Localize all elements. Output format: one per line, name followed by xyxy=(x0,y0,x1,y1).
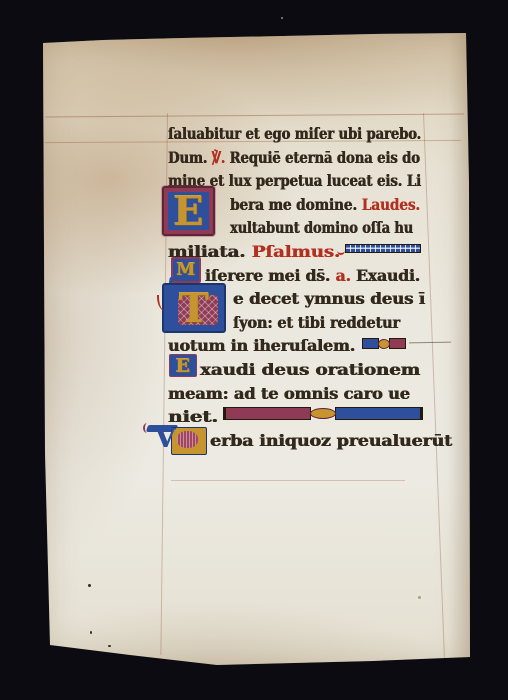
text-run: Dum. xyxy=(168,148,212,167)
initial-letter: E xyxy=(170,355,196,376)
filler-flourish xyxy=(337,246,345,255)
manuscript-line-9: ſyon: et tibi reddetur xyxy=(233,311,400,334)
rubric-run: ℣. xyxy=(212,148,225,167)
vellum-leaf: ſaluabitur et ego miſer ubi parebo.Dum. … xyxy=(43,33,470,667)
filler-terminal xyxy=(223,407,225,420)
manuscript-line-8: e decet ymnus deus ī xyxy=(233,287,425,310)
manuscript-line-14: erba iniquoz preualuerūt xyxy=(210,429,452,452)
ink-speck xyxy=(88,584,91,587)
illuminated-initial-M: M xyxy=(171,257,201,283)
text-run: e decet ymnus deus ī xyxy=(233,289,425,308)
stain-speck xyxy=(418,596,421,599)
filler-gold-dot xyxy=(378,339,390,349)
manuscript-line-7: iſerere mei ds̄. a. Exaudi. xyxy=(205,264,420,287)
text-run: iſerere mei ds̄. xyxy=(205,266,335,285)
text-run: meam: ad te omnis caro ue xyxy=(168,384,410,403)
illuminated-initial-T: T xyxy=(162,283,226,333)
initial-letter: V xyxy=(155,425,175,453)
manuscript-line-11: xaudi deus orationem xyxy=(200,358,420,381)
filler-terminal xyxy=(421,407,423,420)
manuscript-line-5: xultabunt domino oſſa hu xyxy=(230,216,413,239)
ruling-line-lower xyxy=(171,480,405,481)
dust-speck xyxy=(281,17,283,19)
filler-crimson xyxy=(389,338,406,349)
text-run: ſaluabitur et ego miſer ubi parebo. xyxy=(168,124,421,143)
pen-hairline xyxy=(409,342,451,344)
illuminated-initial-V: V xyxy=(147,425,207,455)
filler-crimson xyxy=(225,407,311,420)
initial-inner-panel xyxy=(177,431,198,448)
illuminated-initial-E: E xyxy=(169,354,197,377)
text-run: niet. xyxy=(168,407,218,426)
text-run: xultabunt domino oſſa hu xyxy=(230,218,413,237)
text-run: ſyon: et tibi reddetur xyxy=(233,313,400,332)
text-run: uotum in iheruſalem. xyxy=(168,336,355,355)
manuscript-line-4: bera me domine. Laudes. xyxy=(230,193,420,216)
ruling-line-top xyxy=(45,114,464,118)
text-run: xaudi deus orationem xyxy=(200,360,420,379)
line-filler-3 xyxy=(225,408,421,419)
initial-letter: M xyxy=(173,259,199,281)
manuscript-line-12: meam: ad te omnis caro ue xyxy=(168,382,410,405)
line-filler-1 xyxy=(345,244,421,253)
text-run: bera me domine. xyxy=(230,195,362,214)
ink-speck xyxy=(90,631,92,634)
manuscript-line-1: ſaluabitur et ego miſer ubi parebo. xyxy=(168,122,421,145)
manuscript-line-2: Dum. ℣. Requiē eternā dona eis do xyxy=(168,146,420,169)
rubric-run: Laudes. xyxy=(362,195,420,214)
initial-letter: E xyxy=(164,188,213,234)
rubric-run: a. xyxy=(335,266,350,285)
ruling-line-right-margin xyxy=(423,113,445,658)
line-filler-2 xyxy=(362,339,406,348)
text-run: erba iniquoz preualuerūt xyxy=(210,431,452,450)
text-run: Requiē eternā dona eis do xyxy=(225,148,420,167)
illuminated-initial-E: E xyxy=(162,186,215,236)
filler-gold-lozenge xyxy=(310,408,336,419)
rubric-run: Pſalmus. xyxy=(252,242,340,261)
ink-speck xyxy=(108,645,111,647)
text-run: Exaudi. xyxy=(351,266,420,285)
initial-letter: T xyxy=(164,285,224,331)
filler-blue xyxy=(335,407,421,420)
filler-blue xyxy=(362,338,379,349)
